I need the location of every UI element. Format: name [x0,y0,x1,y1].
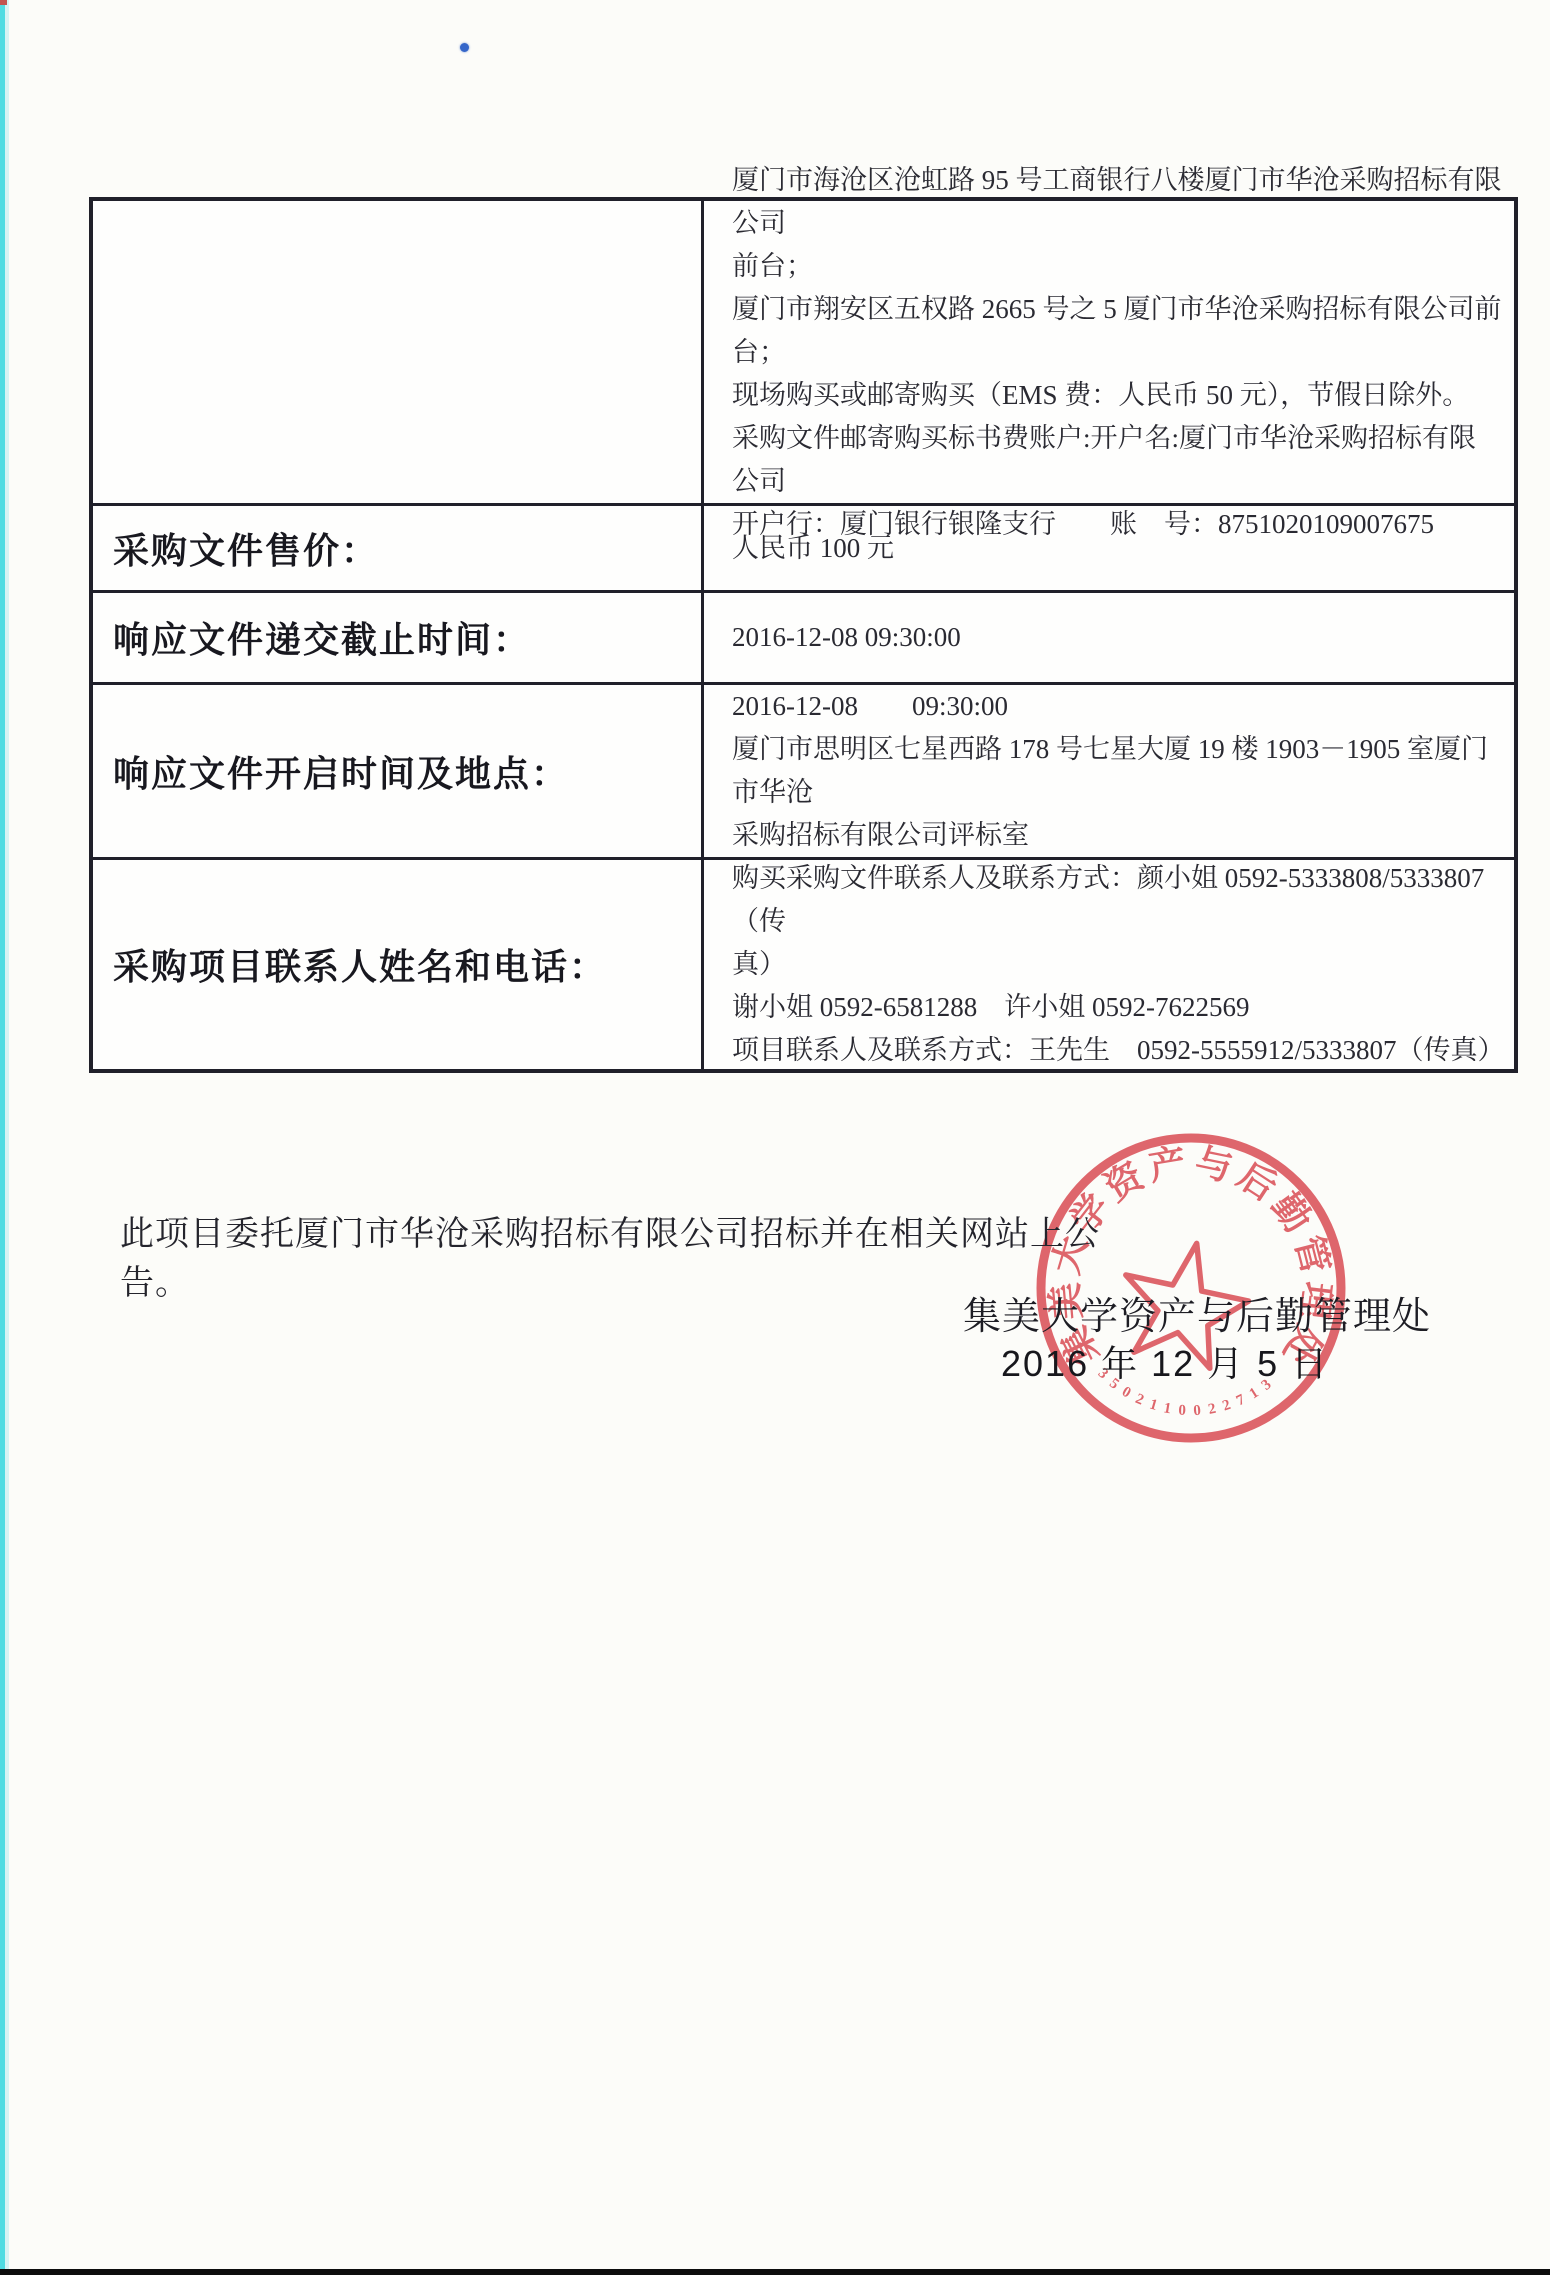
content-line: 购买采购文件联系人及联系方式：颜小姐 0592-5333808/5333807（… [732,857,1502,943]
content-line: 谢小姐 0592-6581288 许小姐 0592-7622569 [732,986,1502,1029]
table-row2-content-cell: 人民币 100 元 [704,503,1514,590]
row2-label: 采购文件售价： [113,523,379,574]
table-row4-content-cell: 2016-12-08 09:30:00 厦门市思明区七星西路 178 号七星大厦… [704,682,1514,857]
table-row3-content-cell: 2016-12-08 09:30:00 [704,590,1514,682]
table-row3-label-cell: 响应文件递交截止时间： [93,590,704,682]
table-row5-label-cell: 采购项目联系人姓名和电话： [93,857,704,1069]
content-line: 项目联系人及联系方式：王先生 0592-5555912/5333807（传真） [732,1029,1502,1072]
table-row5-content-cell: 购买采购文件联系人及联系方式：颜小姐 0592-5333808/5333807（… [704,857,1514,1069]
table-row2-label-cell: 采购文件售价： [93,503,704,590]
content-line: 厦门市思明区七星西路 178 号七星大厦 19 楼 1903－1905 室厦门市… [732,728,1502,814]
row4-label: 响应文件开启时间及地点： [113,746,569,797]
scanner-edge-strip-halo [5,0,9,2275]
blue-ink-dot [460,43,469,52]
content-line: 前台； [732,245,1502,288]
content-line: 2016-12-08 09:30:00 [732,616,1502,659]
content-line: 采购招标有限公司评标室 [732,814,1502,857]
issuing-org-signature: 集美大学资产与后勤管理处 [963,1285,1431,1340]
row5-label: 采购项目联系人姓名和电话： [113,939,607,990]
procurement-info-table: 厦门市海沧区沧虹路 95 号工商银行八楼厦门市华沧采购招标有限公司 前台； 厦门… [89,197,1518,1073]
issue-date: 2016 年 12 月 5 日 [1001,1336,1329,1387]
scan-corner-speck [0,0,7,5]
scanned-document-page: 厦门市海沧区沧虹路 95 号工商银行八楼厦门市华沧采购招标有限公司 前台； 厦门… [0,0,1550,2275]
content-line: 真） [732,943,1502,986]
table-row4-label-cell: 响应文件开启时间及地点： [93,682,704,857]
content-line: 厦门市海沧区沧虹路 95 号工商银行八楼厦门市华沧采购招标有限公司 [732,159,1502,245]
content-line: 现场购买或邮寄购买（EMS 费：人民币 50 元），节假日除外。 [732,374,1502,417]
content-line: 厦门市翔安区五权路 2665 号之 5 厦门市华沧采购招标有限公司前台； [732,288,1502,374]
row3-label: 响应文件递交截止时间： [113,612,531,663]
scan-bottom-edge-line [0,2269,1550,2275]
table-row1-content-cell: 厦门市海沧区沧虹路 95 号工商银行八楼厦门市华沧采购招标有限公司 前台； 厦门… [704,201,1514,503]
content-line: 采购文件邮寄购买标书费账户:开户名:厦门市华沧采购招标有限公司 [732,417,1502,503]
table-row1-label-cell [93,201,704,503]
content-line: 2016-12-08 09:30:00 [732,685,1502,728]
content-line: 人民币 100 元 [732,527,1502,570]
